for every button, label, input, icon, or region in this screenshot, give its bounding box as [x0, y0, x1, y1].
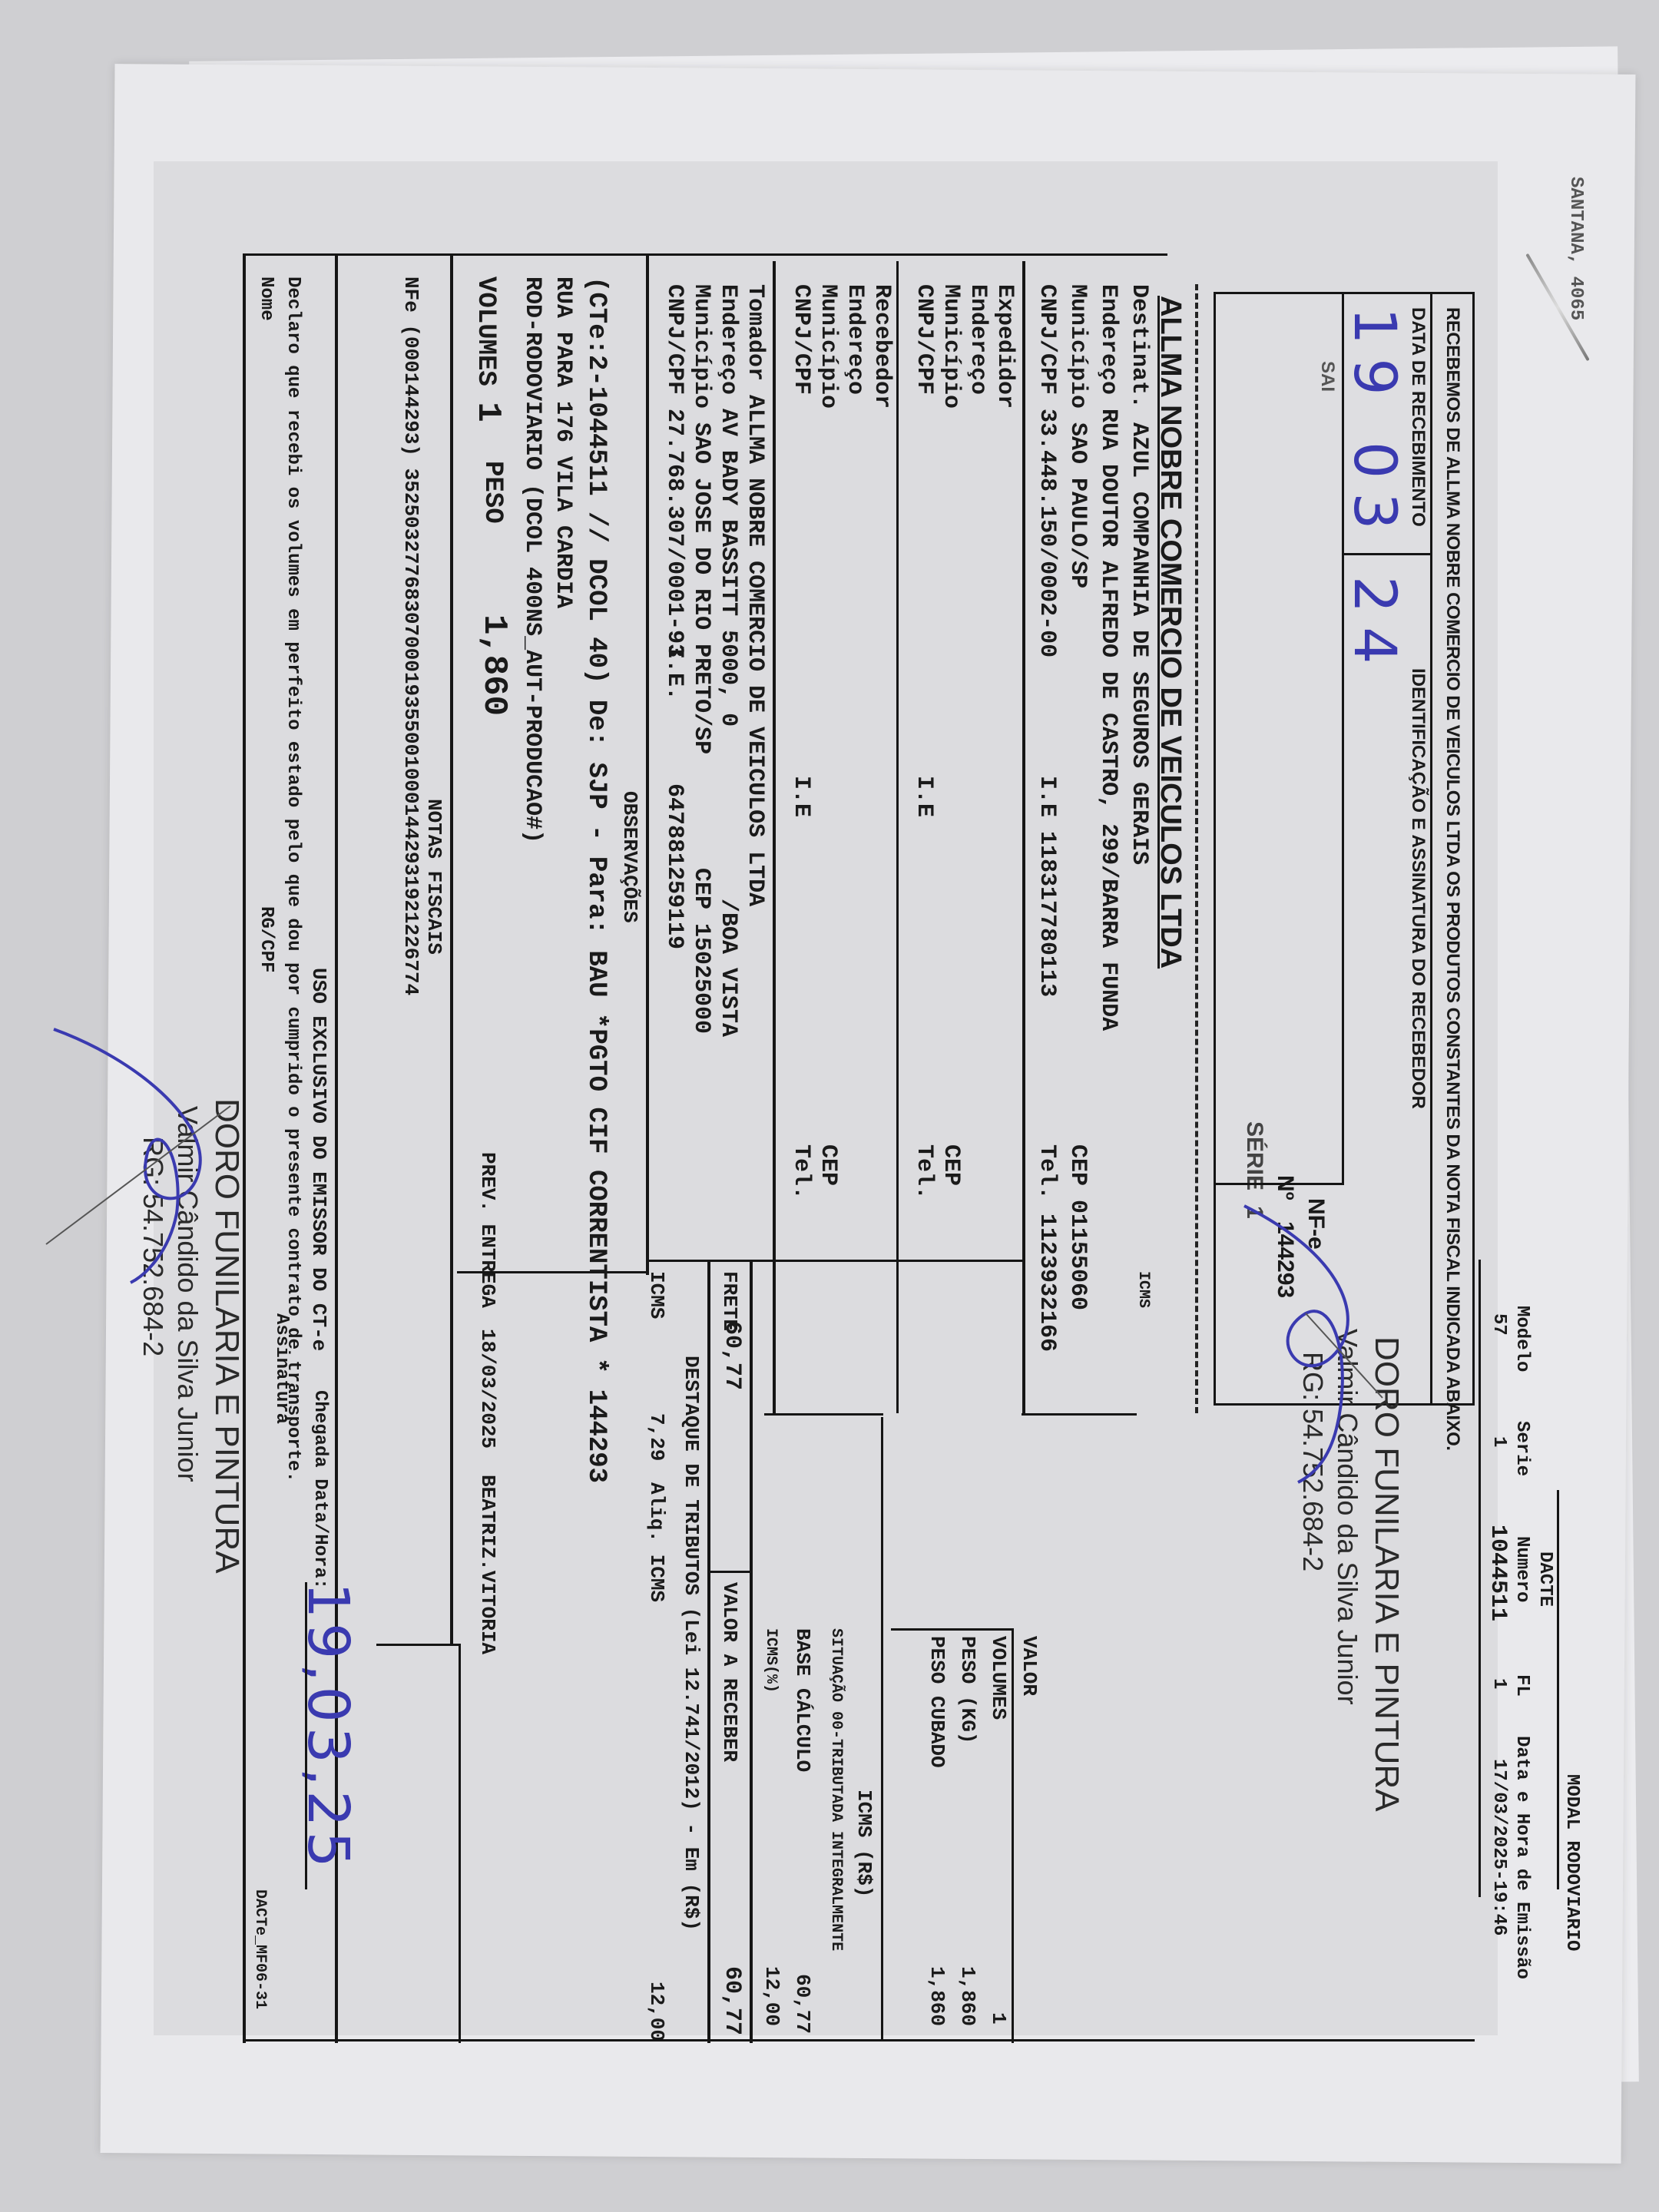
destinatario-endereco-label: Endereço [1095, 284, 1121, 395]
destinatario-nome: AZUL COMPANHIA DE SEGUROS GERAIS [1126, 422, 1152, 865]
tomador-ie-label: I.E. [661, 645, 687, 700]
peso-cubado-value: 1,860 [926, 1966, 949, 2026]
numero-value: 1044511 [1485, 1525, 1511, 1621]
aliq-icms-value: 12,00 [645, 1982, 668, 2041]
peso-kg-label: PESO (KG) [956, 1636, 979, 1743]
prev-sheet-fragment: SANTANA, 4065 [1565, 177, 1586, 320]
tomador-label: Tomador [742, 284, 768, 381]
block-divider [450, 253, 453, 1644]
numero-label: Numero [1512, 1536, 1532, 1602]
destinatario-tel: 1123932166 [1034, 1214, 1060, 1352]
carga-peso-label: PESO [478, 461, 507, 524]
icms-pct-value: 12,00 [760, 1966, 783, 2026]
prev-entrega-label: PREV. ENTREGA [476, 1152, 499, 1308]
base-calculo-value: 60,77 [791, 1974, 814, 2034]
frame-line [243, 253, 1167, 256]
expedidor-endereco-label: Endereço [965, 284, 991, 395]
destinatario-cep-label: CEP [1065, 1144, 1091, 1186]
carga-volumes-label: VOLUMES [471, 276, 500, 386]
signature-bottom-icon [38, 1014, 230, 1290]
icms-rs-title: ICMS (R$) [853, 1790, 876, 1897]
modelo-label: Modelo [1512, 1306, 1532, 1372]
emissao-label: Data e Hora de Emissão [1512, 1736, 1532, 1979]
block-divider [896, 261, 899, 1413]
nfe-serie-label: SÉRIE [1241, 1121, 1267, 1190]
column-divider [376, 1644, 461, 1646]
signature-top-icon [1229, 1198, 1382, 1490]
fl-label: FL [1512, 1674, 1532, 1697]
perforation-line [1195, 284, 1198, 1413]
chegada-label: Chegada Data/Hora: [310, 1390, 330, 1589]
header-divider [1479, 1260, 1481, 1897]
recebedor-cep-label: CEP [815, 1144, 841, 1186]
tomador-cnpj-label: CNPJ/CPF [661, 284, 687, 395]
responsavel: BEATRIZ.VITORIA [476, 1475, 499, 1654]
tomador-nome: ALLMA NOBRE COMERCIO DE VEICULOS LTDA [742, 395, 768, 906]
valores-volumes-label: VOLUMES [987, 1636, 1010, 1720]
observacoes-line-3: ROD-RODOVIARIO (DCOL 400NS_AUT-PRODUCAO#… [519, 276, 545, 843]
recebedor-label: Recebedor [869, 284, 895, 409]
tomador-endereco-label: Endereço [715, 284, 741, 395]
carga-peso-value: 1,860 [475, 614, 513, 716]
valores-volumes: 1 [987, 2012, 1010, 2025]
observacoes-title: OBSERVAÇÕES [618, 791, 641, 923]
valor-receber-label: VALOR A RECEBER [718, 1582, 741, 1762]
block-divider [1022, 261, 1025, 1413]
data-recebimento-handwritten[interactable]: 19 03 24 [1341, 307, 1409, 677]
column-divider [764, 1413, 883, 1416]
dacte-label: DACTE [1535, 1551, 1555, 1607]
column-divider [649, 1260, 1025, 1262]
aliq-icms-label: Aliq. ICMS [645, 1482, 668, 1602]
tomador-municipio-label: Município [688, 284, 714, 409]
block-divider [646, 253, 649, 1275]
stub-partial-label: SAI [1316, 361, 1338, 392]
column-divider [710, 1571, 753, 1573]
destinatario-ie-label: I.E [1034, 776, 1060, 817]
base-calculo-label: BASE CÁLCULO [791, 1628, 814, 1772]
serie-value: 1 [1488, 1436, 1509, 1447]
recebedor-municipio-label: Município [815, 284, 841, 409]
destinatario-label: Destinat. [1126, 284, 1152, 409]
destinatario-endereco: RUA DOUTOR ALFREDO DE CASTRO, 299/BARRA … [1095, 409, 1121, 1031]
expedidor-ie-label: I.E [911, 776, 937, 817]
declaracao-text: Declaro que recebi os volumes em perfeit… [283, 276, 303, 1482]
recebedor-cnpj-label: CNPJ/CPF [788, 284, 814, 395]
emissao-value: 17/03/2025-19:46 [1488, 1759, 1509, 1936]
stub-company-partial: ALLMA NOBRE COMERCIO DE VEICULOS LTDA [1154, 296, 1187, 969]
situacao-tributaria: SITUAÇÃO 00-TRIBUTADA INTEGRALMENTE [827, 1628, 845, 1951]
form-code: DACTe_MF06-31 [251, 1889, 269, 2009]
tomador-ie: 647881259119 [661, 783, 687, 949]
destinatario-municipio-label: Município [1065, 284, 1091, 409]
stub-divider [1430, 292, 1432, 1406]
header-divider [1557, 1490, 1559, 1889]
destinatario-cnpj: 33.448.150/0002-00 [1034, 409, 1060, 657]
tomador-bairro: /BOA VISTA [715, 899, 741, 1037]
nome-label: Nome [256, 276, 276, 321]
serie-label: Serie [1512, 1421, 1532, 1476]
assinatura-label: Assinatura [271, 1313, 292, 1424]
tomador-cep: 15025000 [688, 923, 714, 1034]
rg-cpf-label: RG/CPF [256, 906, 276, 972]
destinatario-cep: 01155060 [1065, 1200, 1091, 1310]
valor-header: VALOR [1018, 1636, 1041, 1696]
column-divider [1022, 1413, 1137, 1416]
prev-entrega-value: 18/03/2025 [476, 1329, 499, 1449]
signature-line [305, 1582, 307, 1889]
peso-kg-value: 1,860 [956, 1966, 979, 2026]
icms-value: 7,29 [645, 1413, 668, 1461]
panel-divider [707, 1260, 710, 2043]
expedidor-cnpj-label: CNPJ/CPF [911, 284, 937, 395]
nota-fiscal-entry[interactable]: NFe (000144293) 352503277683070001935500… [399, 276, 422, 995]
destaque-tributos-title: DESTAQUE DE TRIBUTOS (Lei 12.741/2012) -… [680, 1356, 703, 1931]
peso-cubado-label: PESO CUBADO [926, 1636, 949, 1768]
icms-label: ICMS [645, 1271, 668, 1319]
panel-divider [881, 1417, 883, 2039]
dacte-document: SANTANA, 4065 MODAL RODOVIARIO DACTE Mod… [0, 0, 1659, 2212]
modelo-value: 57 [1488, 1313, 1509, 1336]
recebedor-ie-label: I.E [788, 776, 814, 817]
tomador-cnpj: 27.768.307/0001-93 [661, 409, 687, 657]
destinatario-municipio: SAO PAULO/SP [1065, 422, 1091, 588]
frame-line [246, 2039, 1475, 2041]
recebedor-tel-label: Tel. [788, 1144, 814, 1200]
block-divider [773, 261, 776, 1413]
stub-divider [1214, 1183, 1344, 1185]
expedidor-label: Expedidor [992, 284, 1018, 409]
recebedor-endereco-label: Endereço [842, 284, 868, 395]
expedidor-tel-label: Tel. [911, 1144, 937, 1200]
destinatario-cnpj-label: CNPJ/CPF [1034, 284, 1060, 395]
tomador-cep-label: CEP [688, 868, 714, 909]
tomador-endereco: AV BADY BASSITT 5000, 0 [715, 409, 741, 727]
data-recebimento-label: DATA DE RECEBIMENTO [1407, 307, 1429, 527]
observacoes-line-2: RUA PARA 176 VILA CARDIA [550, 276, 576, 608]
block-divider [459, 1644, 461, 2043]
nfe-number-label: Nº [1272, 1175, 1298, 1200]
identificacao-label: IDENTIFICAÇÃO E ASSINATURA DO RECEBEDOR [1407, 668, 1429, 1109]
stub-declaration: RECEBEMOS DE ALLMA NOBRE COMERCIO DE VEI… [1442, 307, 1463, 1450]
modal-label: MODAL RODOVIARIO [1561, 1774, 1582, 1951]
icms-pct-label: ICMS(%) [762, 1628, 780, 1693]
stub-divider [1342, 292, 1344, 1183]
destinatario-ie: 118317780113 [1034, 831, 1060, 997]
frete-value: 60,77 [719, 1321, 745, 1390]
panel-divider [750, 1260, 753, 2043]
uso-exclusivo-label: USO EXCLUSIVO DO EMISSOR DO CT-e [307, 968, 330, 1351]
icms-header: ICMS [1134, 1271, 1152, 1308]
valor-receber-value: 60,77 [719, 1966, 745, 2035]
carga-volumes-value: 1 [469, 402, 507, 422]
notas-fiscais-title: NOTAS FISCAIS [422, 799, 445, 955]
tomador-municipio: SAO JOSE DO RIO PRETO/SP [688, 422, 714, 754]
expedidor-municipio-label: Município [938, 284, 964, 409]
expedidor-cep-label: CEP [938, 1144, 964, 1186]
destinatario-tel-label: Tel. [1034, 1144, 1060, 1200]
fl-value: 1 [1488, 1678, 1509, 1689]
observacoes-line-1: (CTe:2-1044511 // DCOL 40) De: SJP - Par… [581, 276, 611, 1483]
